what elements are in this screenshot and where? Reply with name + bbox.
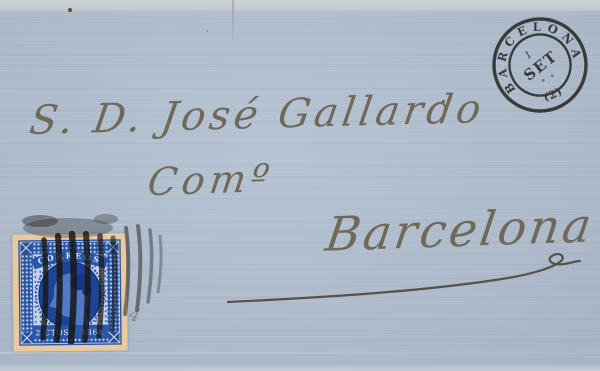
flourish-underline (222, 248, 592, 310)
address-profession-line: Comº (145, 156, 277, 205)
paper-speck (68, 8, 72, 12)
paper-crease (232, 0, 234, 46)
paper-bottom-edge (0, 363, 600, 371)
paper-speck (206, 30, 208, 32)
paper-fold-line (0, 352, 600, 354)
paper-speck (442, 100, 445, 103)
postmark: BARCELONA (2) 1 SET (480, 5, 600, 125)
postal-cover-photo: S. D. José Gallardo Comº Barcelona (0, 0, 600, 371)
grid-cancel (10, 206, 172, 344)
